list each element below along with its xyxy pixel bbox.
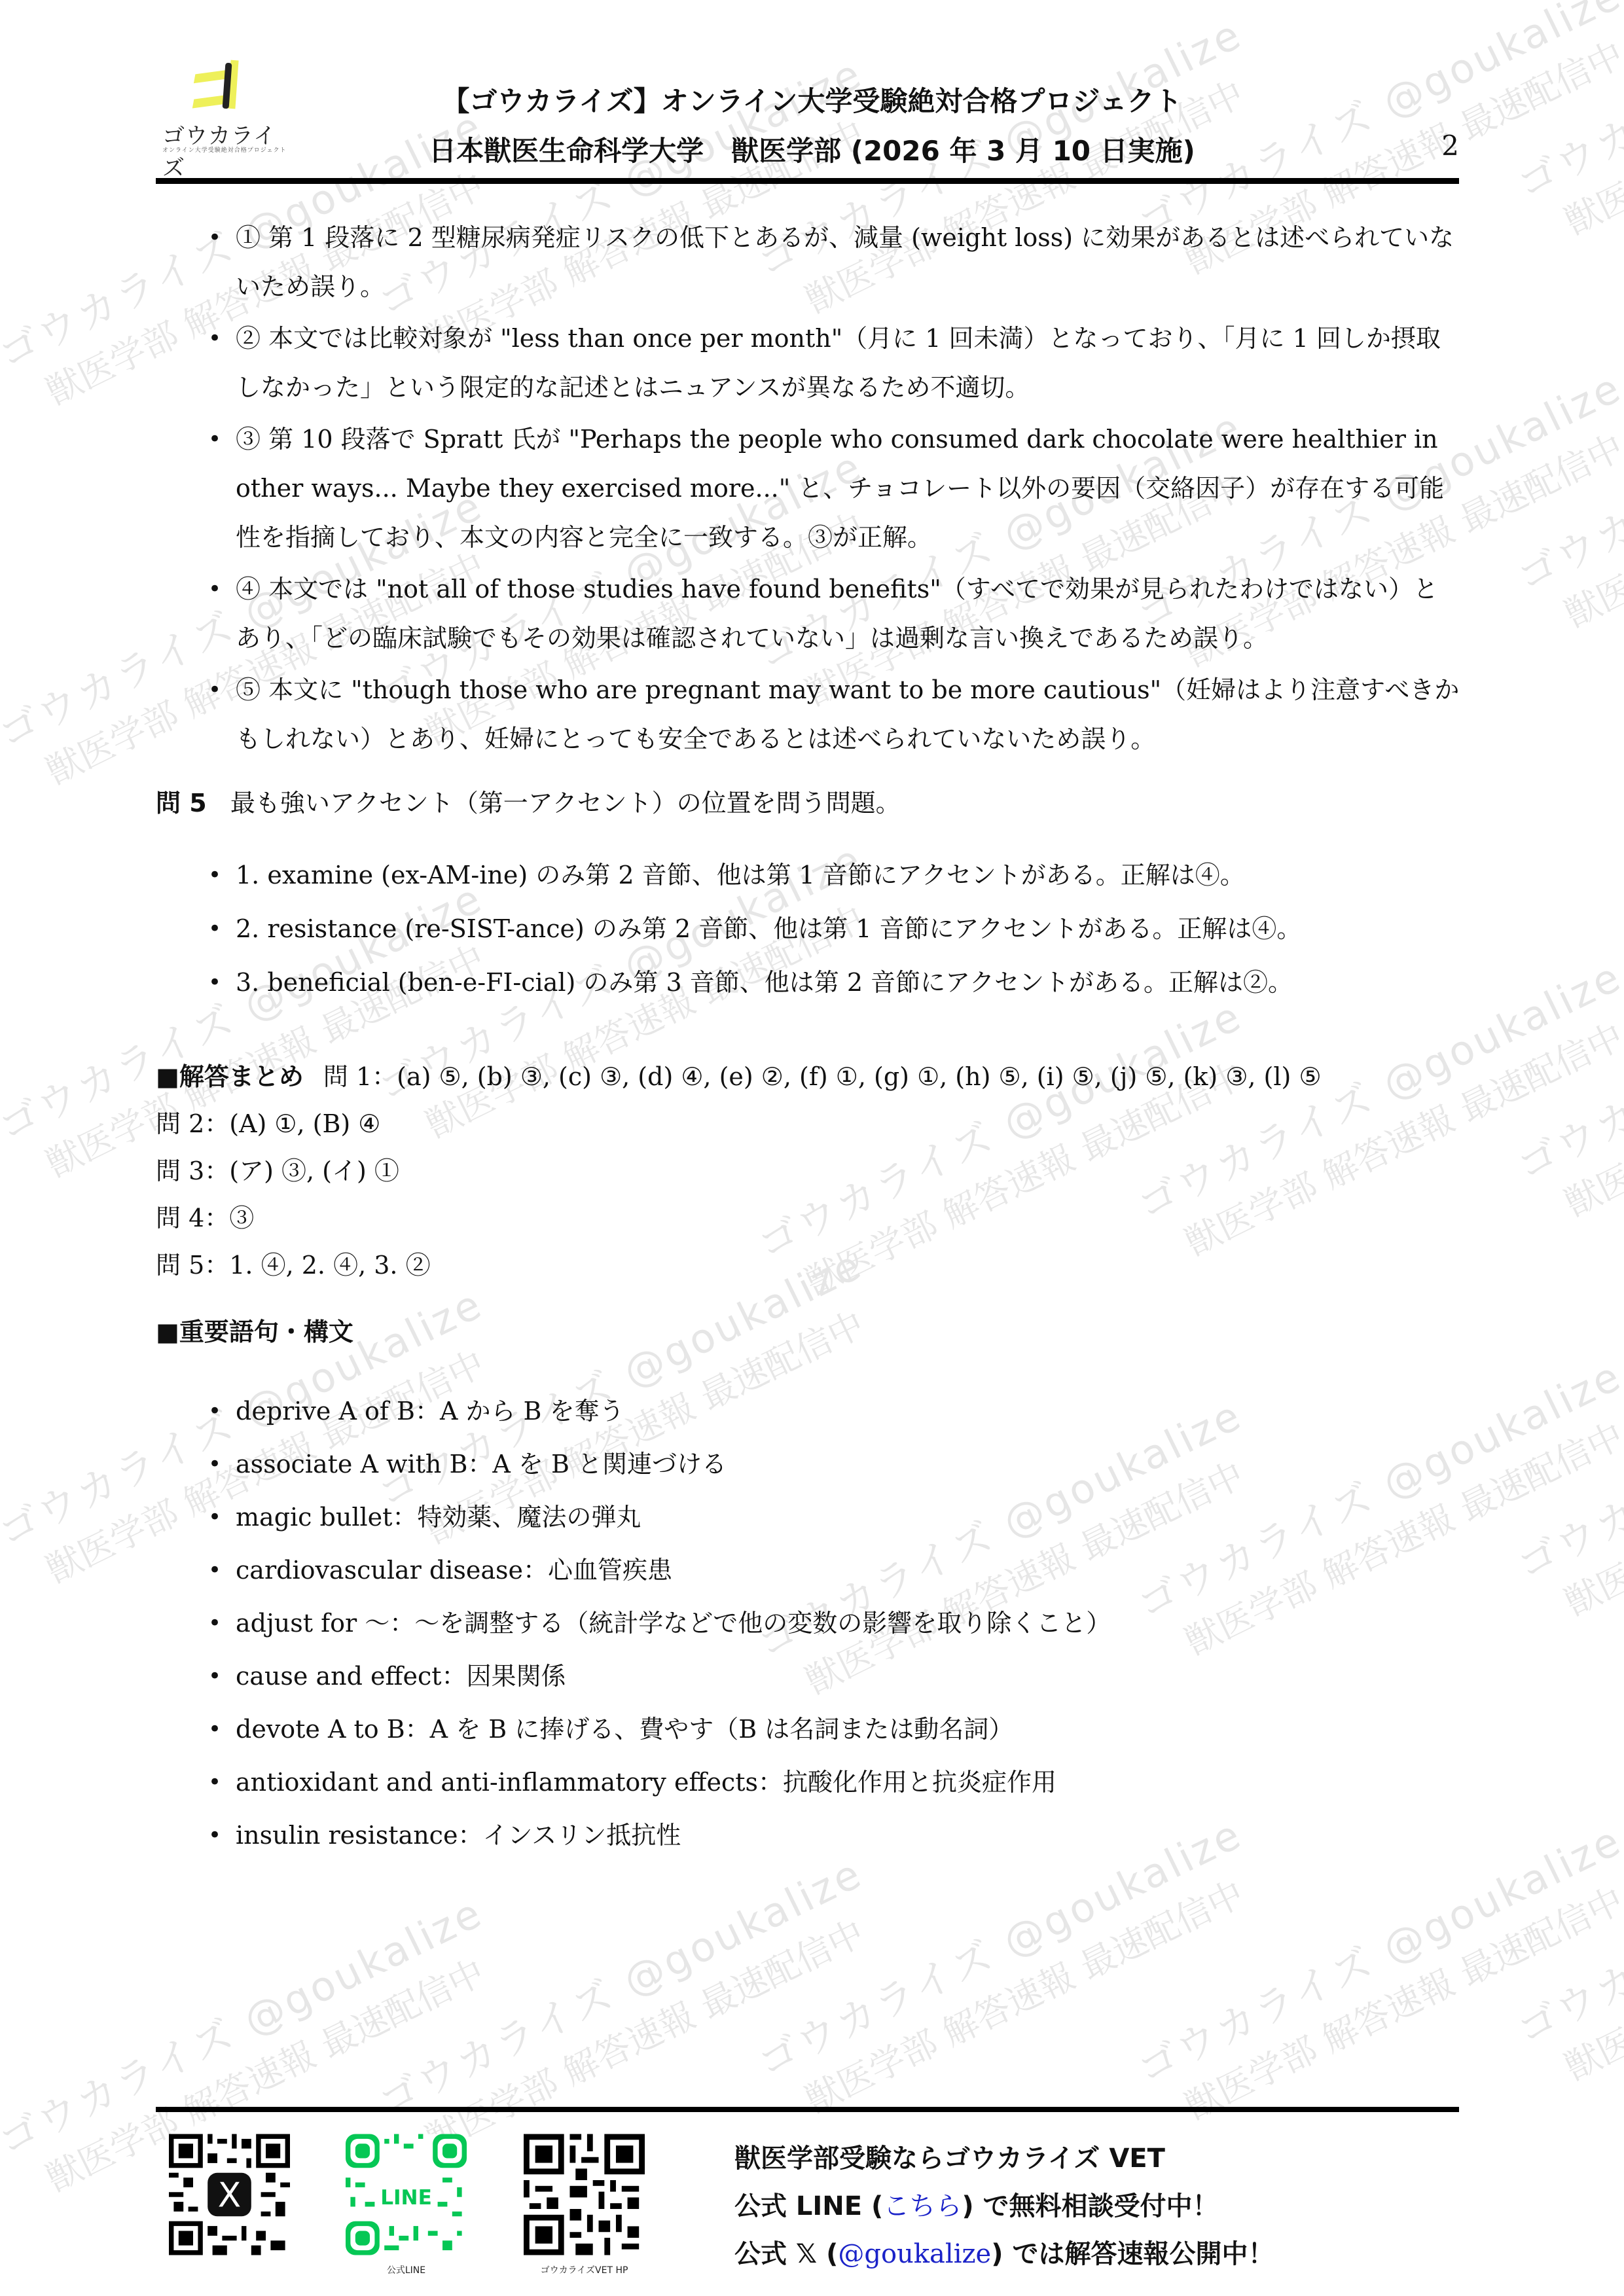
summary-line: 問 2：(A) ①, (B) ④	[156, 1100, 1478, 1147]
list-item: associate A with B：A を B と関連づける	[157, 1438, 1460, 1491]
page-content: ゴウカライズ オンライン大学受験絶対合格プロジェクト 【ゴウカライズ】オンライン…	[0, 0, 1624, 2296]
list-item: ④ 本文では "not all of those studies have fo…	[157, 565, 1460, 663]
promo-line: 公式 𝕏 (@goukalize) では解答速報公開中！	[734, 2231, 1274, 2278]
summary-line: 問 5：1. ④, 2. ④, 3. ②	[156, 1241, 1478, 1288]
summary-line: 問 4：③	[156, 1194, 1478, 1241]
line-qr-caption: 公式LINE	[346, 2263, 467, 2276]
summary-heading: ■解答まとめ	[156, 1062, 304, 1091]
list-item: cause and effect：因果関係	[157, 1650, 1460, 1703]
list-item: ③ 第 10 段落で Spratt 氏が "Perhaps the people…	[157, 415, 1460, 562]
qr-code-icon: X	[169, 2132, 290, 2257]
header-rule	[156, 178, 1459, 184]
list-item: ⑤ 本文に "though those who are pregnant may…	[157, 666, 1460, 764]
summary-line: ■解答まとめ問 1：(a) ⑤, (b) ③, (c) ③, (d) ④, (e…	[156, 1052, 1478, 1100]
x-account-link[interactable]: @goukalize	[838, 2239, 991, 2269]
list-item: 1. examine (ex-AM-ine) のみ第 2 音節、他は第 1 音節…	[157, 851, 1460, 900]
vocab-list: deprive A of B：A から B を奪う associate A wi…	[157, 1385, 1460, 1862]
answer-summary: ■解答まとめ問 1：(a) ⑤, (b) ③, (c) ③, (d) ④, (e…	[156, 1052, 1478, 1288]
svg-text:X: X	[218, 2176, 241, 2215]
hp-qr-code[interactable]	[524, 2132, 645, 2257]
page-number: 2	[1441, 130, 1459, 162]
line-link[interactable]: こちら	[883, 2191, 962, 2221]
document-page: ゴウカライズ @goukalize獣医学部 解答速報 最速配信中 ゴウカライズ …	[0, 0, 1624, 2296]
summary-line: 問 3：(ア) ③, (イ) ①	[156, 1147, 1478, 1194]
list-item: magic bullet：特効薬、魔法の弾丸	[157, 1491, 1460, 1544]
q5-list: 1. examine (ex-AM-ine) のみ第 2 音節、他は第 1 音節…	[157, 851, 1460, 1012]
q5-description: 最も強いアクセント（第一アクセント）の位置を問う問題。	[230, 789, 901, 817]
qr-code-icon: LINE	[346, 2132, 467, 2257]
list-item: antioxidant and anti-inflammatory effect…	[157, 1756, 1460, 1809]
q5-heading: 問 5 最も強いアクセント（第一アクセント）の位置を問う問題。	[156, 779, 1465, 828]
q5-label: 問 5	[156, 789, 207, 817]
hp-qr-caption: ゴウカライズVET HP	[511, 2263, 658, 2276]
header-subtitle: 日本獣医生命科学大学 獣医学部 (2026 年 3 月 10 日実施)	[0, 130, 1624, 169]
promo-line: 公式 LINE (こちら) で無料相談受付中！	[734, 2183, 1274, 2231]
promo-line: 獣医学部受験ならゴウカライズ VET	[734, 2135, 1274, 2183]
list-item: insulin resistance：インスリン抵抗性	[157, 1809, 1460, 1862]
svg-text:LINE: LINE	[380, 2186, 432, 2210]
list-item: ② 本文では比較対象が "less than once per month"（月…	[157, 314, 1460, 412]
list-item: adjust for ～：～を調整する（統計学などで他の変数の影響を取り除くこと…	[157, 1597, 1460, 1650]
qr-code-icon	[524, 2132, 645, 2257]
x-qr-code[interactable]: X	[169, 2132, 290, 2257]
footer-rule	[156, 2107, 1459, 2112]
line-qr-code[interactable]: LINE	[346, 2132, 467, 2257]
promo-block: 獣医学部受験ならゴウカライズ VET 公式 LINE (こちら) で無料相談受付…	[734, 2135, 1274, 2278]
list-item: deprive A of B：A から B を奪う	[157, 1385, 1460, 1438]
list-item: 3. beneficial (ben-e-FI-cial) のみ第 3 音節、他…	[157, 958, 1460, 1007]
list-item: cardiovascular disease：心血管疾患	[157, 1544, 1460, 1597]
q4-explanation-list: ① 第 1 段落に 2 型糖尿病発症リスクの低下とあるが、減量 (weight …	[157, 213, 1460, 766]
list-item: 2. resistance (re-SIST-ance) のみ第 2 音節、他は…	[157, 905, 1460, 954]
vocab-heading: ■重要語句・構文	[156, 1312, 353, 1348]
list-item: ① 第 1 段落に 2 型糖尿病発症リスクの低下とあるが、減量 (weight …	[157, 213, 1460, 312]
header-title: 【ゴウカライズ】オンライン大学受験絶対合格プロジェクト	[0, 80, 1624, 119]
list-item: devote A to B：A を B に捧げる、費やす（B は名詞または動名詞…	[157, 1703, 1460, 1756]
